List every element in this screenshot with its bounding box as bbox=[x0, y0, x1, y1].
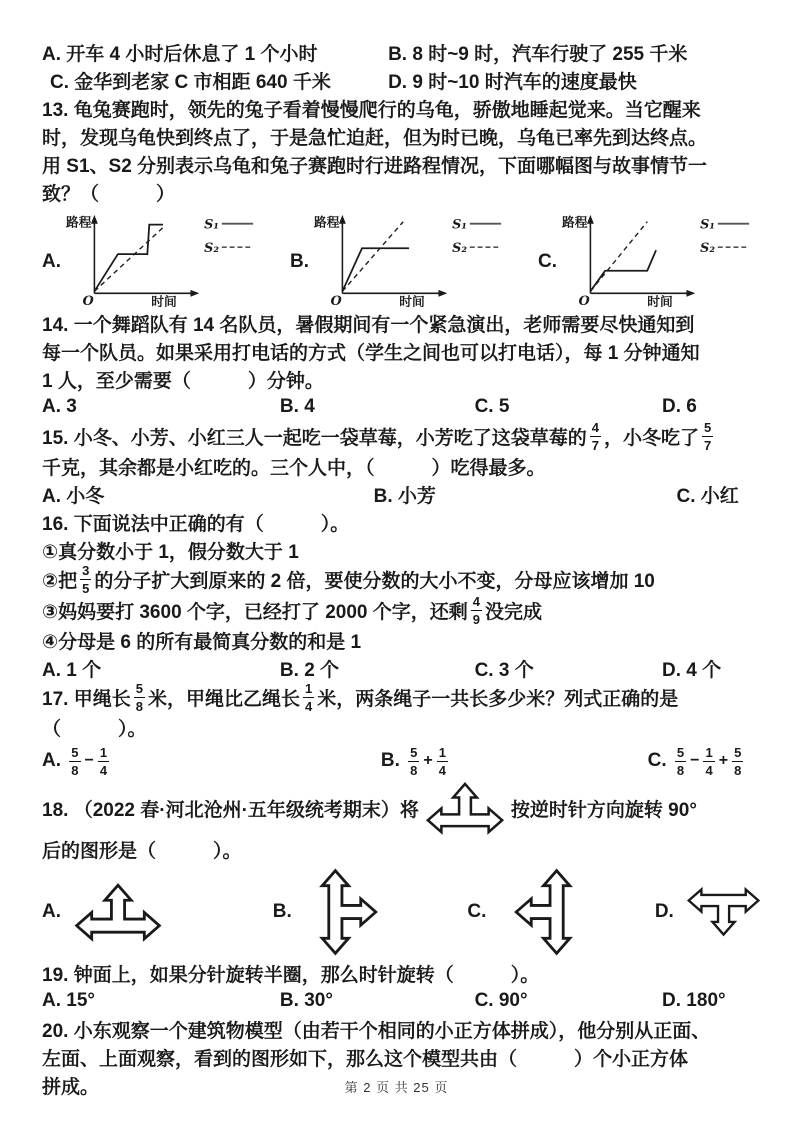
q15-options: A. 小冬 B. 小芳 C. 小红 bbox=[42, 480, 763, 508]
q18-options: A. B. C. bbox=[42, 865, 763, 959]
question-19: 19. 钟面上，如果分针旋转半圈，那么时针旋转（ ）。 A. 15° B. 30… bbox=[42, 959, 763, 1015]
option-c: C. 小红 bbox=[676, 481, 763, 508]
option-a: A. 15° bbox=[42, 990, 280, 1012]
option-b: B. 小芳 bbox=[374, 481, 677, 508]
q17-stem-line-2: （ ）。 bbox=[42, 713, 763, 741]
option-label: C. bbox=[467, 901, 486, 923]
fraction: 58 bbox=[134, 682, 145, 713]
question-13: 13. 龟兔赛跑时，领先的兔子看着慢慢爬行的乌龟，骄傲地睡起觉来。当它醒来 时，… bbox=[42, 94, 763, 307]
x-axis-label: 时间 bbox=[647, 294, 673, 307]
origin-label: O bbox=[579, 294, 590, 307]
fraction: 14 bbox=[98, 746, 109, 777]
option-c: C. 金华到老家 C 市相距 640 千米 bbox=[42, 67, 388, 94]
tri-arrow-option-d bbox=[684, 865, 763, 959]
q16-statement-3: ③妈妈要打 3600 个字，已经打了 2000 个字，还剩 49 没完成 bbox=[42, 595, 763, 626]
x-axis-label: 时间 bbox=[399, 294, 425, 307]
option-a: A. bbox=[42, 865, 273, 959]
option-c: C. 58 − 14 + 58 bbox=[648, 746, 763, 777]
fraction: 14 bbox=[703, 746, 714, 777]
fraction: 57 bbox=[702, 421, 713, 452]
option-b: B. 8 时~9 时，汽车行驶了 255 千米 bbox=[388, 39, 763, 66]
tri-arrow-option-a bbox=[71, 865, 165, 959]
option-label: C. bbox=[538, 251, 557, 273]
option-d: D. 180° bbox=[662, 990, 763, 1012]
question-14: 14. 一个舞蹈队有 14 名队员，暑假期间有一个紧急演出，老师需要尽快通知到 … bbox=[42, 309, 763, 421]
q13-option-a: A. 路程 时间 O S₁ S₂ bbox=[42, 209, 263, 307]
y-axis-label: 路程 bbox=[314, 215, 340, 230]
fraction: 58 bbox=[732, 746, 743, 777]
q19-options: A. 15° B. 30° C. 90° D. 180° bbox=[42, 987, 763, 1015]
option-a: A. 3 bbox=[42, 396, 280, 418]
y-axis-label: 路程 bbox=[562, 215, 588, 230]
option-c: C. 5 bbox=[475, 396, 662, 418]
q15-stem-line-2: 千克，其余都是小红吃的。三个人中，（ ）吃得最多。 bbox=[42, 452, 763, 480]
fraction: 14 bbox=[437, 746, 448, 777]
option-d: D. 4 个 bbox=[662, 655, 763, 682]
q13-stem-line-1: 13. 龟兔赛跑时，领先的兔子看着慢慢爬行的乌龟，骄傲地睡起觉来。当它醒来 bbox=[42, 94, 763, 122]
q13-stem-line-4: 致？（ ） bbox=[42, 178, 763, 206]
question-15: 15. 小冬、小芳、小红三人一起吃一袋草莓，小芳吃了这袋草莓的 47 ，小冬吃了… bbox=[42, 421, 763, 508]
distance-time-graph-a: 路程 时间 O S₁ S₂ bbox=[63, 209, 263, 307]
fraction: 49 bbox=[471, 595, 482, 626]
tri-arrow-figure-icon bbox=[425, 781, 505, 835]
y-axis-label: 路程 bbox=[66, 215, 92, 230]
q13-stem-line-2: 时，发现乌龟快到终点了，于是急忙迫赶，但为时已晚，乌龟已率先到达终点。 bbox=[42, 122, 763, 150]
s1-curve bbox=[94, 225, 163, 292]
option-c: C. 90° bbox=[475, 990, 662, 1012]
option-label: B. bbox=[273, 901, 292, 923]
option-c: C. 3 个 bbox=[475, 655, 662, 682]
q13-option-c: C. 路程 时间 O S₁ S₂ bbox=[538, 209, 759, 307]
q16-statement-2: ②把 35 的分子扩大到原来的 2 倍，要使分数的大小不变，分母应该增加 10 bbox=[42, 564, 763, 595]
page-number-footer: 第 2 页 共 25 页 bbox=[0, 1077, 793, 1096]
q14-stem-line-2: 每一个队员。如果采用打电话的方式（学生之间也可以打电话），每 1 分钟通知 bbox=[42, 337, 763, 365]
q14-stem-line-1: 14. 一个舞蹈队有 14 名队员，暑假期间有一个紧急演出，老师需要尽快通知到 bbox=[42, 309, 763, 337]
distance-time-graph-c: 路程 时间 O S₁ S₂ bbox=[559, 209, 759, 307]
arrows-up-left-right-icon bbox=[428, 784, 502, 832]
option-c: C. bbox=[467, 865, 654, 959]
legend-s1: S₁ bbox=[452, 218, 467, 233]
option-label: D. bbox=[655, 901, 674, 923]
q16-stem: 16. 下面说法中正确的有（ ）。 bbox=[42, 508, 763, 536]
fraction: 47 bbox=[590, 421, 601, 452]
fraction: 14 bbox=[303, 682, 314, 713]
option-d: D. bbox=[655, 865, 763, 959]
fraction: 58 bbox=[675, 746, 686, 777]
s2-curve bbox=[342, 222, 403, 292]
option-label: B. bbox=[290, 251, 309, 273]
option-label: A. bbox=[42, 251, 61, 273]
q16-statement-4: ④分母是 6 的所有最简真分数的和是 1 bbox=[42, 626, 763, 654]
option-a: A. 小冬 bbox=[42, 481, 374, 508]
s2-curve bbox=[94, 227, 164, 292]
q14-options: A. 3 B. 4 C. 5 D. 6 bbox=[42, 393, 763, 421]
option-b: B. 4 bbox=[280, 396, 475, 418]
q16-options: A. 1 个 B. 2 个 C. 3 个 D. 4 个 bbox=[42, 654, 763, 682]
option-b: B. bbox=[273, 865, 468, 959]
arrows-up-left-right-icon bbox=[77, 885, 160, 939]
q14-stem-line-3: 1 人，至少需要（ ）分钟。 bbox=[42, 365, 763, 393]
legend-s2: S₂ bbox=[700, 241, 715, 256]
q13-graph-options: A. 路程 时间 O S₁ S₂ B. bbox=[42, 209, 763, 307]
arrows-up-down-right-icon bbox=[322, 871, 376, 954]
option-a: A. 1 个 bbox=[42, 655, 280, 682]
legend-s2: S₂ bbox=[452, 241, 467, 256]
q15-stem-line-1: 15. 小冬、小芳、小红三人一起吃一袋草莓，小芳吃了这袋草莓的 47 ，小冬吃了… bbox=[42, 421, 763, 452]
tri-arrow-option-c bbox=[496, 865, 590, 959]
legend-s2: S₂ bbox=[204, 241, 219, 256]
option-a: A. 58 − 14 bbox=[42, 746, 381, 777]
q17-options: A. 58 − 14 B. 58 + 14 C. 58 − 14 + 58 bbox=[42, 741, 763, 781]
q18-stem-line-2: 后的图形是（ ）。 bbox=[42, 835, 763, 863]
option-d: D. 9 时~10 时汽车的速度最快 bbox=[388, 67, 763, 94]
arrows-down-left-right-icon bbox=[689, 889, 759, 934]
s1-curve bbox=[342, 248, 409, 291]
prev-question-options-row-1: A. 开车 4 小时后休息了 1 个小时 B. 8 时~9 时，汽车行驶了 25… bbox=[42, 38, 763, 66]
option-b: B. 2 个 bbox=[280, 655, 475, 682]
q13-stem-line-3: 用 S1、S2 分别表示乌龟和兔子赛跑时行进路程情况，下面哪幅图与故事情节一 bbox=[42, 150, 763, 178]
origin-label: O bbox=[331, 294, 342, 307]
s1-curve bbox=[590, 250, 656, 291]
fraction: 35 bbox=[80, 564, 91, 595]
option-d: D. 6 bbox=[662, 396, 763, 418]
q16-statement-1: ①真分数小于 1，假分数大于 1 bbox=[42, 536, 763, 564]
question-18: 18. （2022 春·河北沧州·五年级统考期末）将 按逆时针方向旋转 90° … bbox=[42, 781, 763, 959]
q19-stem: 19. 钟面上，如果分针旋转半圈，那么时针旋转（ ）。 bbox=[42, 959, 763, 987]
option-b: B. 58 + 14 bbox=[381, 746, 648, 777]
origin-label: O bbox=[83, 294, 94, 307]
legend-s1: S₁ bbox=[204, 218, 219, 233]
option-b: B. 30° bbox=[280, 990, 475, 1012]
fraction: 58 bbox=[69, 746, 80, 777]
distance-time-graph-b: 路程 时间 O S₁ S₂ bbox=[311, 209, 511, 307]
tri-arrow-option-b bbox=[302, 865, 396, 959]
fraction: 58 bbox=[408, 746, 419, 777]
question-16: 16. 下面说法中正确的有（ ）。 ①真分数小于 1，假分数大于 1 ②把 35… bbox=[42, 508, 763, 682]
q18-stem-line-1: 18. （2022 春·河北沧州·五年级统考期末）将 按逆时针方向旋转 90° bbox=[42, 781, 763, 835]
exam-page: { "shapes": { "tri_arrow_path": "M50 21.… bbox=[0, 0, 793, 1122]
q20-stem-line-2: 左面、上面观察，看到的图形如下，那么这个模型共由（ ）个小正方体 bbox=[42, 1043, 763, 1071]
legend-s1: S₁ bbox=[700, 218, 715, 233]
prev-question-options-row-2: C. 金华到老家 C 市相距 640 千米 D. 9 时~10 时汽车的速度最快 bbox=[42, 66, 763, 94]
page-content: A. 开车 4 小时后休息了 1 个小时 B. 8 时~9 时，汽车行驶了 25… bbox=[0, 0, 793, 1099]
q13-option-b: B. 路程 时间 O S₁ S₂ bbox=[290, 209, 511, 307]
arrows-up-down-left-icon bbox=[517, 871, 571, 954]
x-axis-label: 时间 bbox=[151, 294, 177, 307]
question-17: 17. 甲绳长 58 米，甲绳比乙绳长 14 米，两条绳子一共长多少米？列式正确… bbox=[42, 682, 763, 781]
q17-stem-line-1: 17. 甲绳长 58 米，甲绳比乙绳长 14 米，两条绳子一共长多少米？列式正确… bbox=[42, 682, 763, 713]
option-label: A. bbox=[42, 901, 61, 923]
q20-stem-line-1: 20. 小东观察一个建筑物模型（由若干个相同的小正方体拼成），他分别从正面、 bbox=[42, 1015, 763, 1043]
option-a: A. 开车 4 小时后休息了 1 个小时 bbox=[42, 39, 388, 66]
